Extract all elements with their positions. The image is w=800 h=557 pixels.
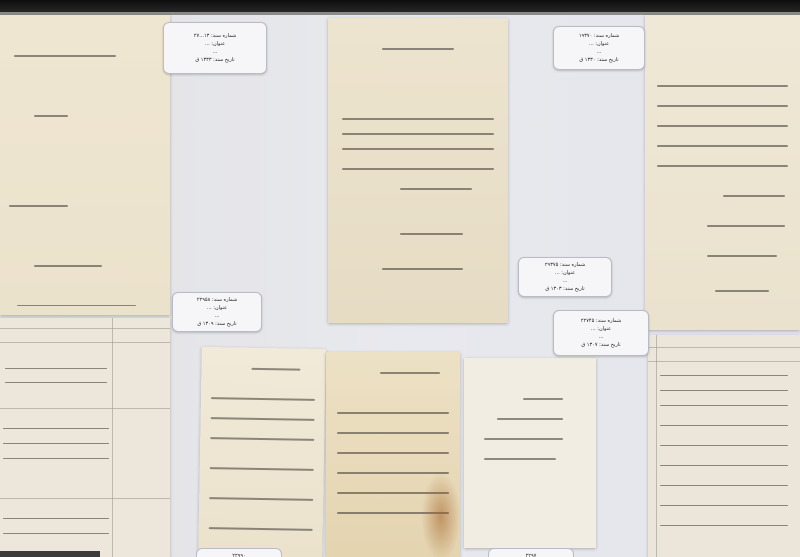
caption-label: شماره سند: ۲۲۷۴۵ عنوان: ... ... تاریخ سن… bbox=[553, 310, 649, 356]
document-top-center bbox=[328, 18, 508, 323]
caption-label: شماره سند: ۲۹۳۷۵ عنوان: ... ... تاریخ سن… bbox=[518, 257, 612, 297]
document-bottom-center-left bbox=[198, 347, 326, 557]
label-line: تاریخ سند: ۱۳۰۹ ق bbox=[197, 321, 236, 327]
label-line: تاریخ سند: ۱۳۰۷ ق bbox=[581, 342, 620, 348]
document-bottom-left bbox=[0, 318, 170, 557]
label-line: عنوان: ... bbox=[591, 326, 611, 332]
label-line: ... bbox=[597, 49, 602, 55]
label-line: تاریخ سند: ۱۳۳۰ ق bbox=[579, 57, 618, 63]
caption-label: شماره سند: ۱۹۳۷۰ عنوان: ... ... تاریخ سن… bbox=[553, 26, 645, 70]
label-line: ... bbox=[215, 313, 220, 319]
caption-label: شماره سند: ۲۲۹۵۸ عنوان: ... ... تاریخ سن… bbox=[172, 292, 262, 332]
label-line: عنوان: ... bbox=[555, 270, 575, 276]
label-line: ... bbox=[563, 278, 568, 284]
caption-label: شماره سند: ۱۳...۲۷ عنوان: ... ... تاریخ … bbox=[163, 22, 267, 74]
document-top-left bbox=[0, 15, 170, 315]
label-line: تاریخ سند: ۱۳۳۳ ق bbox=[195, 57, 234, 63]
label-line: ... bbox=[213, 49, 218, 55]
document-bottom-right bbox=[648, 335, 800, 557]
label-line: شماره سند: ۲۲۷۴۵ bbox=[581, 318, 621, 324]
label-line: ... bbox=[599, 334, 604, 340]
label-line: عنوان: ... bbox=[589, 41, 609, 47]
caption-label-partial: ۲۲۹۷ bbox=[488, 548, 574, 557]
label-line: تاریخ سند: ۱۳۰۳ ق bbox=[545, 286, 584, 292]
document-bottom-center bbox=[326, 352, 460, 557]
label-line: عنوان: ... bbox=[207, 305, 227, 311]
label-line: شماره سند: ۲۹۳۷۵ bbox=[545, 262, 585, 268]
frame-edge-bottom bbox=[0, 551, 100, 557]
caption-label-partial: ۲۲۹۹۰ bbox=[196, 548, 282, 557]
label-line: شماره سند: ۱۹۳۷۰ bbox=[579, 33, 619, 39]
label-line: شماره سند: ۱۳...۲۷ bbox=[194, 33, 236, 39]
label-line: شماره سند: ۲۲۹۵۸ bbox=[197, 297, 237, 303]
document-top-right bbox=[645, 15, 800, 330]
document-bottom-center-right bbox=[464, 358, 596, 548]
label-line: عنوان: ... bbox=[205, 41, 225, 47]
